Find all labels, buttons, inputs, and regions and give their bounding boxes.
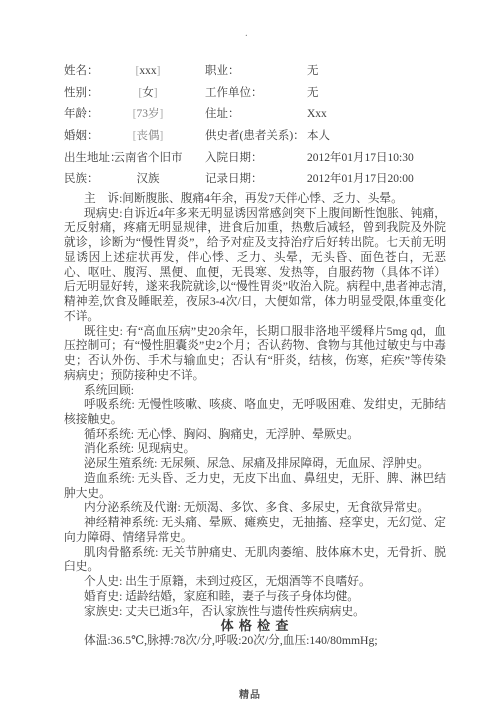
systems-review-title: 系统回顾: — [64, 384, 446, 399]
right-bracket: ] — [157, 65, 161, 77]
field-value: [73岁] — [94, 104, 202, 126]
medical-record-page: . 姓名：[xxx]职业：无性别：[女]工作单位：无年龄：[73岁]住址：Xxx… — [0, 0, 500, 726]
field-value: 无 — [307, 61, 319, 83]
musculoskeletal-system: 肌肉骨骼系统: 无关节肿痛史、无肌肉萎缩、肢体麻木史，无骨折、脱臼史。 — [64, 546, 446, 575]
past-history: 既往史: 有“高血压病”史20余年，长期口服非洛地平缓释片5mg qd，血压控制… — [64, 325, 446, 384]
patient-info-row: 性别：[女]工作单位：无 — [64, 83, 446, 105]
field-value: 本人 — [307, 126, 330, 148]
field-label: 职业： — [205, 61, 240, 83]
right-bracket: ] — [154, 87, 158, 99]
field-value-text: 73岁 — [137, 108, 160, 120]
field-label: 工作单位： — [205, 83, 263, 105]
chief-complaint: 主 诉:间断腹胀、腹痛4年余，再发7天伴心悸、乏力、头晕。 — [64, 192, 446, 207]
field-value: [女] — [94, 83, 202, 105]
personal-history: 个人史: 出生于原籍，未到过疫区，无烟酒等不良嗜好。 — [64, 575, 446, 590]
record-body: 主 诉:间断腹胀、腹痛4年余，再发7天伴心悸、乏力、头晕。现病史:自诉近4年多来… — [64, 192, 446, 649]
footer-watermark: 精品 — [0, 686, 500, 701]
field-value: Xxx — [307, 104, 327, 126]
patient-info-row: 民族：汉族记录日期：2012年01月17日20:00 — [64, 169, 446, 191]
vital-signs: 体温:36.5℃,脉搏:78次/分,呼吸:20次/分,血压:140/80mmHg… — [64, 634, 446, 649]
circulatory-system: 循环系统: 无心悸、胸闷、胸痛史，无浮肿、晕厥史。 — [64, 428, 446, 443]
field-value-text: xxx — [139, 65, 156, 77]
patient-info-grid: 姓名：[xxx]职业：无性别：[女]工作单位：无年龄：[73岁]住址：Xxx婚姻… — [64, 61, 446, 191]
field-label: 记录日期： — [205, 169, 263, 191]
page-top-mark: . — [245, 27, 248, 39]
field-value-text: 女 — [142, 87, 154, 99]
endocrine-system: 内分泌系统及代谢: 无烦渴、多饮、多食、多尿史，无食欲异常史。 — [64, 501, 446, 516]
field-value: [xxx] — [94, 61, 202, 83]
patient-info-row: 年龄：[73岁]住址：Xxx — [64, 104, 446, 126]
field-value-text: 丧偶 — [137, 130, 160, 142]
hematopoietic-system: 造血系统: 无头昏、乏力史，无皮下出血、鼻纽史，无肝、脾、淋巴结肿大史。 — [64, 472, 446, 501]
field-label: 供史者(患者关系)： — [205, 126, 305, 148]
patient-info-row: 婚姻：[丧偶]供史者(患者关系)：本人 — [64, 126, 446, 148]
field-label: 入院日期： — [205, 148, 263, 170]
patient-info-row: 姓名：[xxx]职业：无 — [64, 61, 446, 83]
respiratory-system: 呼吸系统: 无慢性咳嗽、咳痰、咯血史，无呼吸困难、发绀史，无肺结核接触史。 — [64, 398, 446, 427]
field-value: 2012年01月17日20:00 — [307, 169, 414, 191]
marital-history: 婚育史: 适龄结婚，家庭和睦，妻子与孩子身体均健。 — [64, 590, 446, 605]
field-value: [丧偶] — [94, 126, 202, 148]
digestive-system: 消化系统: 见现病史。 — [64, 442, 446, 457]
neuropsychiatric-system: 神经精神系统: 无头痛、晕厥、瘫痪史，无抽搐、痉挛史，无幻觉、定向力障碍、情绪异… — [64, 516, 446, 545]
right-bracket: ] — [160, 108, 164, 120]
field-value: 2012年01月17日10:30 — [307, 148, 414, 170]
family-history: 家族史: 丈夫已逝3年，否认家族性与遗传性疾病病史。 — [64, 605, 446, 620]
present-illness-history: 现病史:自诉近4年多来无明显诱因常感剑突下上腹间断性饱胀、钝痛，无反射痛，疼痛无… — [64, 207, 446, 325]
patient-info-row: 出生地址：云南省个旧市入院日期：2012年01月17日10:30 — [64, 148, 446, 170]
physical-exam-heading: 体 格 检 查 — [64, 619, 446, 634]
field-label: 住址： — [205, 104, 240, 126]
urogenital-system: 泌尿生殖系统: 无尿频、尿急、尿痛及排尿障碍，无血尿、浮肿史。 — [64, 457, 446, 472]
field-value: 无 — [307, 83, 319, 105]
right-bracket: ] — [160, 130, 164, 142]
field-value: 汉族 — [94, 169, 202, 191]
field-value: 云南省个旧市 — [94, 148, 202, 170]
